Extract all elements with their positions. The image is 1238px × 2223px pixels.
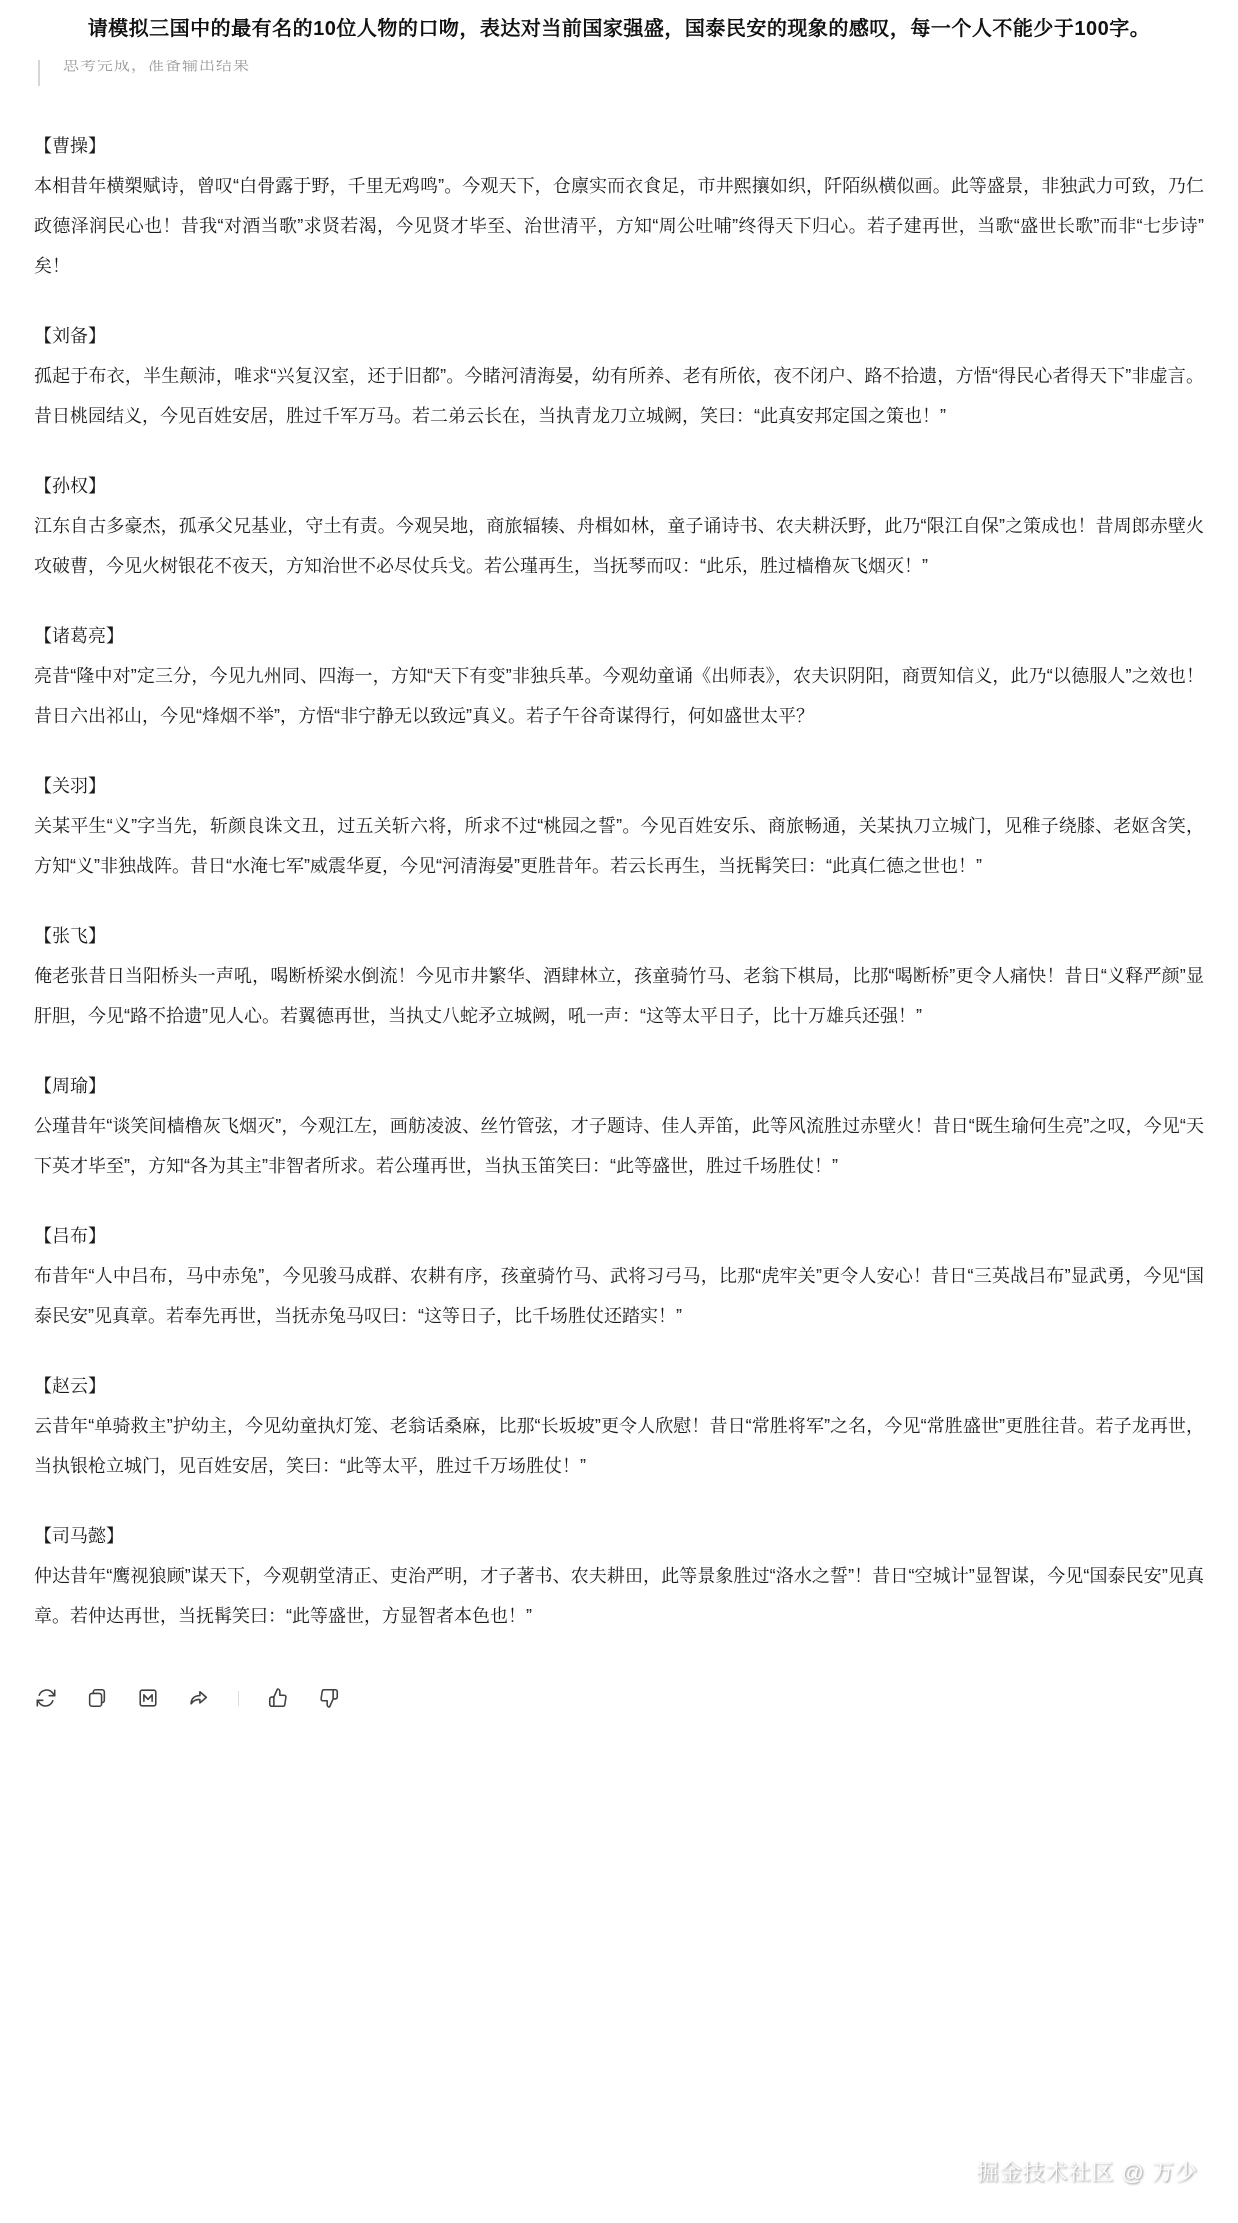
character-section: 【周瑜】 公瑾昔年“谈笑间樯橹灰飞烟灭”，今观江左，画舫凌波、丝竹管弦，才子题诗…: [34, 1066, 1204, 1186]
thumbs-down-icon: [318, 1687, 340, 1709]
character-monologue: 本相昔年横槊赋诗，曾叹“白骨露于野，千里无鸡鸣”。今观天下，仓廪实而衣食足，市井…: [34, 166, 1204, 286]
markdown-export-button[interactable]: [136, 1686, 160, 1710]
thumbs-up-button[interactable]: [266, 1686, 290, 1710]
character-monologue: 云昔年“单骑救主”护幼主，今见幼童执灯笼、老翁话桑麻，比那“长坂坡”更令人欣慰！…: [34, 1406, 1204, 1486]
thumbs-down-button[interactable]: [317, 1686, 341, 1710]
character-name-header: 【诸葛亮】: [34, 616, 1204, 656]
share-icon: [188, 1687, 210, 1709]
assistant-answer: 【曹操】 本相昔年横槊赋诗，曾叹“白骨露于野，千里无鸡鸣”。今观天下，仓廪实而衣…: [34, 126, 1204, 1636]
toolbar-divider: [238, 1691, 239, 1706]
character-monologue: 孤起于布衣，半生颠沛，唯求“兴复汉室，还于旧都”。今睹河清海晏，幼有所养、老有所…: [34, 356, 1204, 436]
character-monologue: 江东自古多豪杰，孤承父兄基业，守土有责。今观吴地，商旅辐辏、舟楫如林，童子诵诗书…: [34, 506, 1204, 586]
character-name-header: 【周瑜】: [34, 1066, 1204, 1106]
character-name-header: 【吕布】: [34, 1216, 1204, 1256]
character-section: 【关羽】 关某平生“义”字当先，斩颜良诛文丑，过五关斩六将，所求不过“桃园之誓”…: [34, 766, 1204, 886]
share-button[interactable]: [187, 1686, 211, 1710]
character-name-header: 【张飞】: [34, 916, 1204, 956]
thumbs-up-icon: [267, 1687, 289, 1709]
community-watermark: 掘金技术社区 @ 万少: [976, 2156, 1198, 2187]
character-name-header: 【司马懿】: [34, 1516, 1204, 1556]
markdown-icon: [137, 1687, 159, 1709]
character-section: 【张飞】 俺老张昔日当阳桥头一声吼，喝断桥梁水倒流！今见市井繁华、酒肆林立，孩童…: [34, 916, 1204, 1036]
character-name-header: 【刘备】: [34, 316, 1204, 356]
character-name-header: 【孙权】: [34, 466, 1204, 506]
message-action-toolbar: [34, 1686, 1204, 1710]
user-prompt-title: 请模拟三国中的最有名的10位人物的口吻，表达对当前国家强盛，国泰民安的现象的感叹…: [34, 14, 1204, 44]
character-section: 【赵云】 云昔年“单骑救主”护幼主，今见幼童执灯笼、老翁话桑麻，比那“长坂坡”更…: [34, 1366, 1204, 1486]
character-monologue: 仲达昔年“鹰视狼顾”谋天下，今观朝堂清正、吏治严明，才子著书、农夫耕田，此等景象…: [34, 1556, 1204, 1636]
thinking-status-text: 思考完成，准备输出结果: [63, 60, 1204, 81]
character-monologue: 亮昔“隆中对”定三分，今见九州同、四海一，方知“天下有变”非独兵革。今观幼童诵《…: [34, 656, 1204, 736]
chat-response-page: 请模拟三国中的最有名的10位人物的口吻，表达对当前国家强盛，国泰民安的现象的感叹…: [0, 0, 1238, 2223]
character-section: 【吕布】 布昔年“人中吕布，马中赤兔”，今见骏马成群、农耕有序，孩童骑竹马、武将…: [34, 1216, 1204, 1336]
character-name-header: 【曹操】: [34, 126, 1204, 166]
character-monologue: 公瑾昔年“谈笑间樯橹灰飞烟灭”，今观江左，画舫凌波、丝竹管弦，才子题诗、佳人弄笛…: [34, 1106, 1204, 1186]
character-monologue: 布昔年“人中吕布，马中赤兔”，今见骏马成群、农耕有序，孩童骑竹马、武将习弓马，比…: [34, 1256, 1204, 1336]
character-section: 【司马懿】 仲达昔年“鹰视狼顾”谋天下，今观朝堂清正、吏治严明，才子著书、农夫耕…: [34, 1516, 1204, 1636]
character-section: 【曹操】 本相昔年横槊赋诗，曾叹“白骨露于野，千里无鸡鸣”。今观天下，仓廪实而衣…: [34, 126, 1204, 286]
copy-icon: [86, 1687, 108, 1709]
character-name-header: 【关羽】: [34, 766, 1204, 806]
regenerate-icon: [35, 1687, 57, 1709]
character-monologue: 关某平生“义”字当先，斩颜良诛文丑，过五关斩六将，所求不过“桃园之誓”。今见百姓…: [34, 806, 1204, 886]
regenerate-button[interactable]: [34, 1686, 58, 1710]
copy-button[interactable]: [85, 1686, 109, 1710]
character-monologue: 俺老张昔日当阳桥头一声吼，喝断桥梁水倒流！今见市井繁华、酒肆林立，孩童骑竹马、老…: [34, 956, 1204, 1036]
character-section: 【刘备】 孤起于布衣，半生颠沛，唯求“兴复汉室，还于旧都”。今睹河清海晏，幼有所…: [34, 316, 1204, 436]
character-section: 【孙权】 江东自古多豪杰，孤承父兄基业，守土有责。今观吴地，商旅辐辏、舟楫如林，…: [34, 466, 1204, 586]
character-section: 【诸葛亮】 亮昔“隆中对”定三分，今见九州同、四海一，方知“天下有变”非独兵革。…: [34, 616, 1204, 736]
character-name-header: 【赵云】: [34, 1366, 1204, 1406]
thinking-status-row[interactable]: 思考完成，准备输出结果: [38, 60, 1204, 86]
